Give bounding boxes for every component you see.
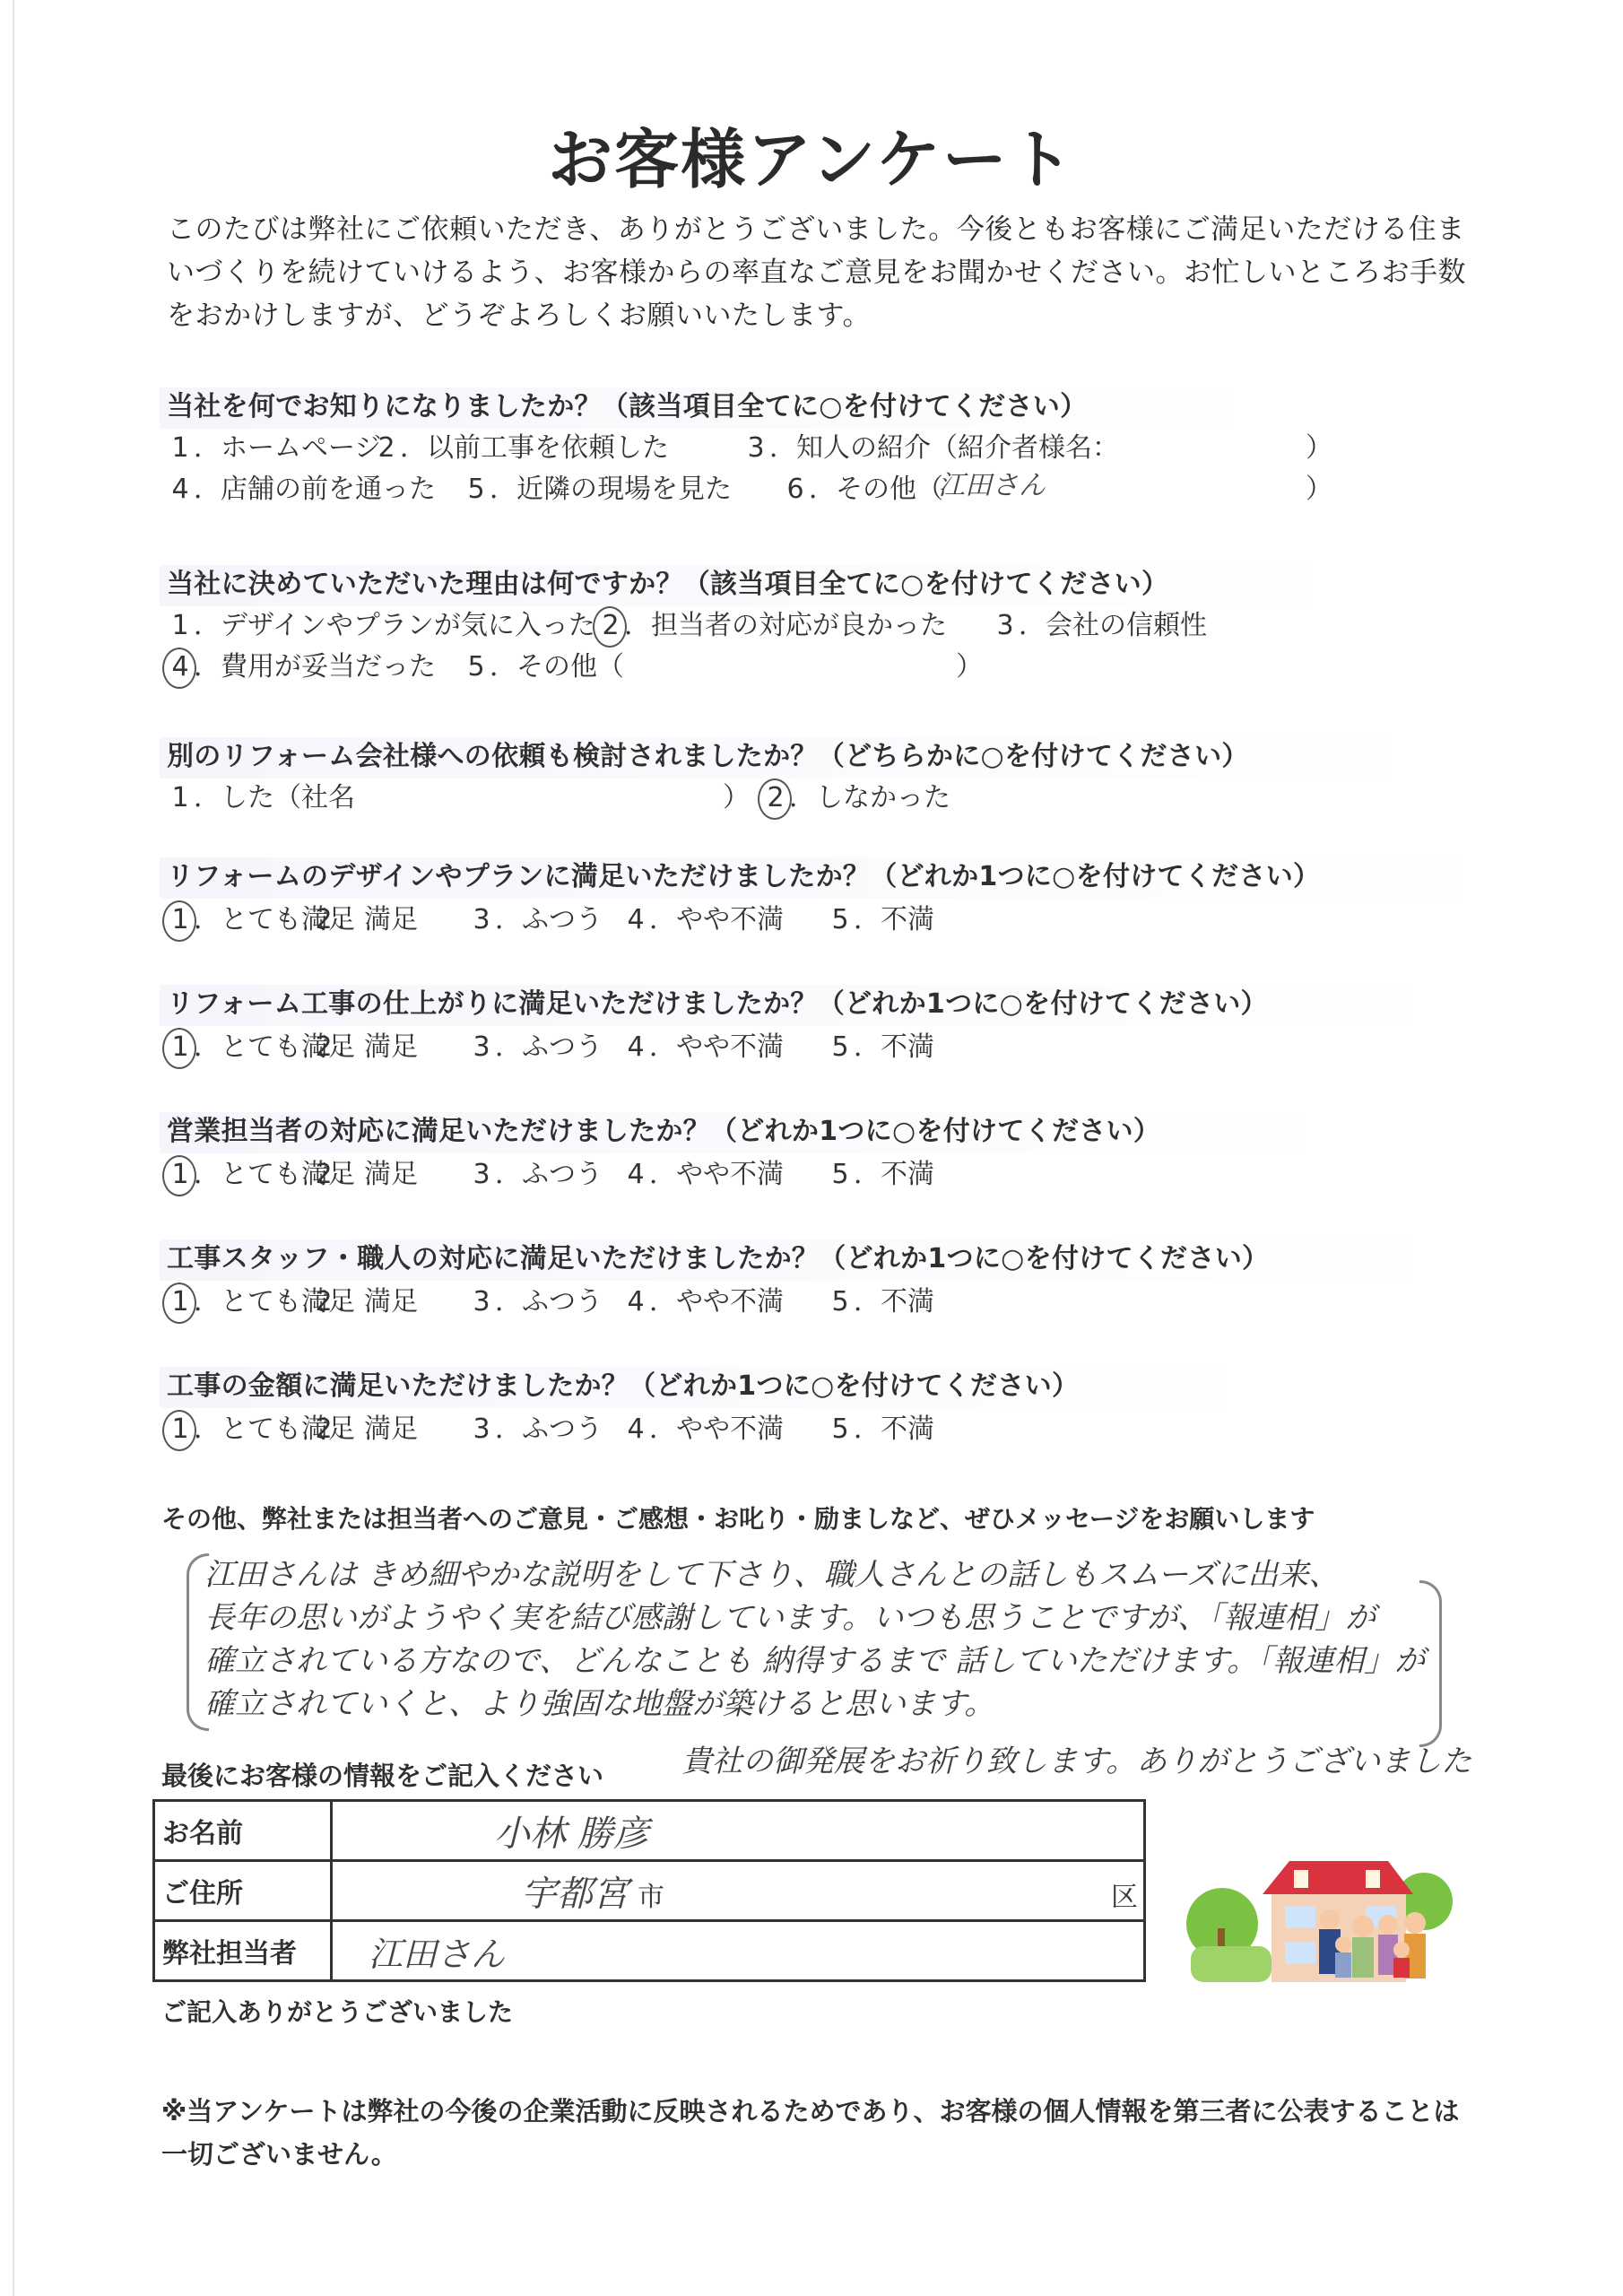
q2-option-4[interactable]: 4．費用が妥当だった <box>167 644 436 683</box>
option-number: 5 <box>827 904 854 935</box>
rating-option[interactable]: 4．やや不満 <box>622 1024 784 1064</box>
rating-question-1: リフォームのデザインやプランに満足いただけましたか？（どれか1つに○を付けてくだ… <box>167 854 1320 893</box>
q1-question: 当社を何でお知りになりましたか？（該当項目全てに○を付けてください） <box>167 384 1087 423</box>
circled-mark-icon: 1 <box>167 1286 194 1318</box>
option-label: 満足 <box>364 1286 418 1318</box>
option-label: 不満 <box>881 1031 934 1063</box>
option-label: 満足 <box>364 1159 418 1190</box>
circled-mark-icon: 1 <box>167 1413 194 1445</box>
rating-question-2: リフォーム工事の仕上がりに満足いただけましたか？（どれか1つに○を付けてください… <box>167 981 1268 1021</box>
q1-option-1[interactable]: 1．ホームページ <box>167 425 381 465</box>
rating-option[interactable]: 3．ふつう <box>468 1152 603 1191</box>
rating-option[interactable]: 4．やや不満 <box>622 1152 784 1191</box>
circled-mark-icon: 1 <box>167 904 194 935</box>
rating-option[interactable]: 2．満足 <box>310 1279 418 1318</box>
option-number: 5 <box>827 1286 854 1318</box>
option-number: 3 <box>468 1159 495 1190</box>
q2-option-2[interactable]: 2．担当者の対応が良かった <box>597 603 947 642</box>
option-label: やや不満 <box>676 1031 784 1063</box>
q1-option-5[interactable]: 5．近隣の現場を見た <box>463 466 732 506</box>
q3-option-2[interactable]: 2．しなかった <box>762 775 950 814</box>
page-title: お客様アンケート <box>0 108 1623 201</box>
rating-option[interactable]: 4．やや不満 <box>622 1279 784 1318</box>
q1-option-2[interactable]: 2．以前工事を依頼した <box>373 425 669 465</box>
circled-mark-icon: 2 <box>597 610 624 641</box>
comment-line: 確立されている方なので、どんなことも 納得するまで 話していただけます。「報連相… <box>204 1639 1442 1683</box>
q1-option-6-close: ） <box>1306 466 1332 506</box>
rating-option[interactable]: 2．満足 <box>310 1152 418 1191</box>
option-number: 3 <box>468 1413 495 1445</box>
rating-option[interactable]: 3．ふつう <box>468 1024 603 1064</box>
comment-closing: 貴社の御発展をお祈り致します。ありがとうございました <box>681 1736 1471 1780</box>
option-label: 不満 <box>881 1286 934 1318</box>
rating-question-5: 工事の金額に満足いただけましたか？（どれか1つに○を付けてください） <box>167 1363 1079 1403</box>
option-label: 不満 <box>881 1413 934 1445</box>
option-number: 4 <box>622 1159 649 1190</box>
rating-question-3: 営業担当者の対応に満足いただけましたか？（どれか1つに○を付けてください） <box>167 1109 1160 1148</box>
q2-option-1[interactable]: 1．デザインやプランが気に入った <box>167 603 595 642</box>
customer-info-heading: 最後にお客様の情報をご記入ください <box>161 1756 603 1793</box>
option-label: 満足 <box>364 904 418 935</box>
option-label: ふつう <box>522 1413 603 1445</box>
option-number: 5 <box>827 1159 854 1190</box>
q1-option-6-written[interactable]: 江田さん <box>938 463 1046 502</box>
option-number: 2 <box>310 1159 337 1190</box>
option-label: ふつう <box>522 904 603 935</box>
q2-question: 当社に決めていただいた理由は何ですか？（該当項目全てに○を付けてください） <box>167 561 1168 601</box>
table-row: お名前 小林 勝彦 <box>154 1801 1145 1861</box>
house-family-illustration <box>1173 1830 1469 1991</box>
rating-option[interactable]: 5．不満 <box>827 1152 934 1191</box>
option-number: 2 <box>310 904 337 935</box>
option-label: やや不満 <box>676 1286 784 1318</box>
comments-heading: その他、弊社または担当者へのご意見・ご感想・お叱り・励ましなど、ぜひメッセージを… <box>161 1500 1315 1535</box>
rating-option[interactable]: 3．ふつう <box>468 1406 603 1446</box>
rating-option[interactable]: 2．満足 <box>310 897 418 936</box>
q3-option-1-close: ） <box>723 775 750 814</box>
intro-text: このたびは弊社にご依頼いただき、ありがとうございました。今後ともお客様にご満足い… <box>167 208 1467 337</box>
q1-option-3-close: ） <box>1306 425 1332 465</box>
ward-suffix: 区 <box>1111 1874 1138 1914</box>
privacy-notice: ※当アンケートは弊社の今後の企業活動に反映されるためであり、お客様の個人情報を第… <box>161 2090 1471 2176</box>
option-label: 不満 <box>881 1159 934 1190</box>
option-label: 満足 <box>364 1031 418 1063</box>
option-number: 2 <box>310 1031 337 1063</box>
circled-mark-icon: 1 <box>167 1159 194 1190</box>
option-label: やや不満 <box>676 1159 784 1190</box>
option-label: ふつう <box>522 1031 603 1063</box>
comment-line: 長年の思いがようやく実を結び感謝しています。いつも思うことですが、「報連相」が <box>204 1596 1442 1639</box>
option-number: 4 <box>622 904 649 935</box>
option-number: 3 <box>468 904 495 935</box>
circled-mark-icon: 4 <box>167 651 194 683</box>
staff-field[interactable]: 江田さん <box>332 1921 1145 1981</box>
option-number: 3 <box>468 1286 495 1318</box>
thanks-text: ご記入ありがとうございました <box>161 1993 513 2029</box>
q2-option-5-close: ） <box>956 644 983 683</box>
circled-mark-icon: 1 <box>167 1031 194 1063</box>
city-suffix: 市 <box>638 1874 664 1914</box>
comments-text: 江田さんは きめ細やかな説明をして下さり、職人さんとの話しもスムーズに出来、 長… <box>204 1553 1442 1726</box>
rating-option[interactable]: 3．ふつう <box>468 897 603 936</box>
scan-edge <box>13 0 14 2296</box>
table-row: 弊社担当者 江田さん <box>154 1921 1145 1981</box>
comment-line: 確立されていくと、より強固な地盤が築けると思います。 <box>204 1683 1442 1726</box>
rating-option[interactable]: 3．ふつう <box>468 1279 603 1318</box>
rating-option[interactable]: 5．不満 <box>827 1024 934 1064</box>
rating-option[interactable]: 5．不満 <box>827 897 934 936</box>
option-number: 3 <box>468 1031 495 1063</box>
rating-option[interactable]: 4．やや不満 <box>622 897 784 936</box>
rating-option[interactable]: 4．やや不満 <box>622 1406 784 1446</box>
option-label: やや不満 <box>676 1413 784 1445</box>
name-label: お名前 <box>154 1801 332 1861</box>
staff-label: 弊社担当者 <box>154 1921 332 1981</box>
q1-option-6[interactable]: 6．その他（ <box>782 466 943 506</box>
option-number: 2 <box>310 1286 337 1318</box>
q3-option-1[interactable]: 1．した（社名 <box>167 775 355 814</box>
option-number: 2 <box>310 1413 337 1445</box>
address-field[interactable]: 宇都宮 市 区 <box>332 1861 1145 1921</box>
option-label: ふつう <box>522 1286 603 1318</box>
comment-line: 江田さんは きめ細やかな説明をして下さり、職人さんとの話しもスムーズに出来、 <box>204 1553 1442 1596</box>
rating-option[interactable]: 2．満足 <box>310 1406 418 1446</box>
circled-mark-icon: 2 <box>762 782 789 813</box>
option-number: 4 <box>622 1286 649 1318</box>
option-label: ふつう <box>522 1159 603 1190</box>
option-label: やや不満 <box>676 904 784 935</box>
q2-option-3[interactable]: 3．会社の信頼性 <box>992 603 1207 642</box>
q2-option-5[interactable]: 5．その他（ <box>463 644 624 683</box>
rating-option[interactable]: 5．不満 <box>827 1279 934 1318</box>
option-number: 5 <box>827 1031 854 1063</box>
option-label: 満足 <box>364 1413 418 1445</box>
rating-question-4: 工事スタッフ・職人の対応に満足いただけましたか？（どれか1つに○を付けてください… <box>167 1236 1269 1275</box>
rating-option[interactable]: 5．不満 <box>827 1406 934 1446</box>
customer-info-table: お名前 小林 勝彦 ご住所 宇都宮 市 区 弊社担当者 江田さん <box>152 1799 1146 1982</box>
option-number: 5 <box>827 1413 854 1445</box>
q1-option-3[interactable]: 3．知人の紹介（紹介者様名： <box>742 425 1119 465</box>
option-number: 4 <box>622 1031 649 1063</box>
q1-option-4[interactable]: 4．店舗の前を通った <box>167 466 436 506</box>
comments-box[interactable]: 江田さんは きめ細やかな説明をして下さり、職人さんとの話しもスムーズに出来、 長… <box>187 1553 1424 1726</box>
option-number: 4 <box>622 1413 649 1445</box>
option-label: 不満 <box>881 904 934 935</box>
rating-option[interactable]: 2．満足 <box>310 1024 418 1064</box>
address-label: ご住所 <box>154 1861 332 1921</box>
q3-question: 別のリフォーム会社様への依頼も検討されましたか？（どちらかに○を付けてください） <box>167 734 1249 773</box>
table-row: ご住所 宇都宮 市 区 <box>154 1861 1145 1921</box>
name-field[interactable]: 小林 勝彦 <box>332 1801 1145 1861</box>
